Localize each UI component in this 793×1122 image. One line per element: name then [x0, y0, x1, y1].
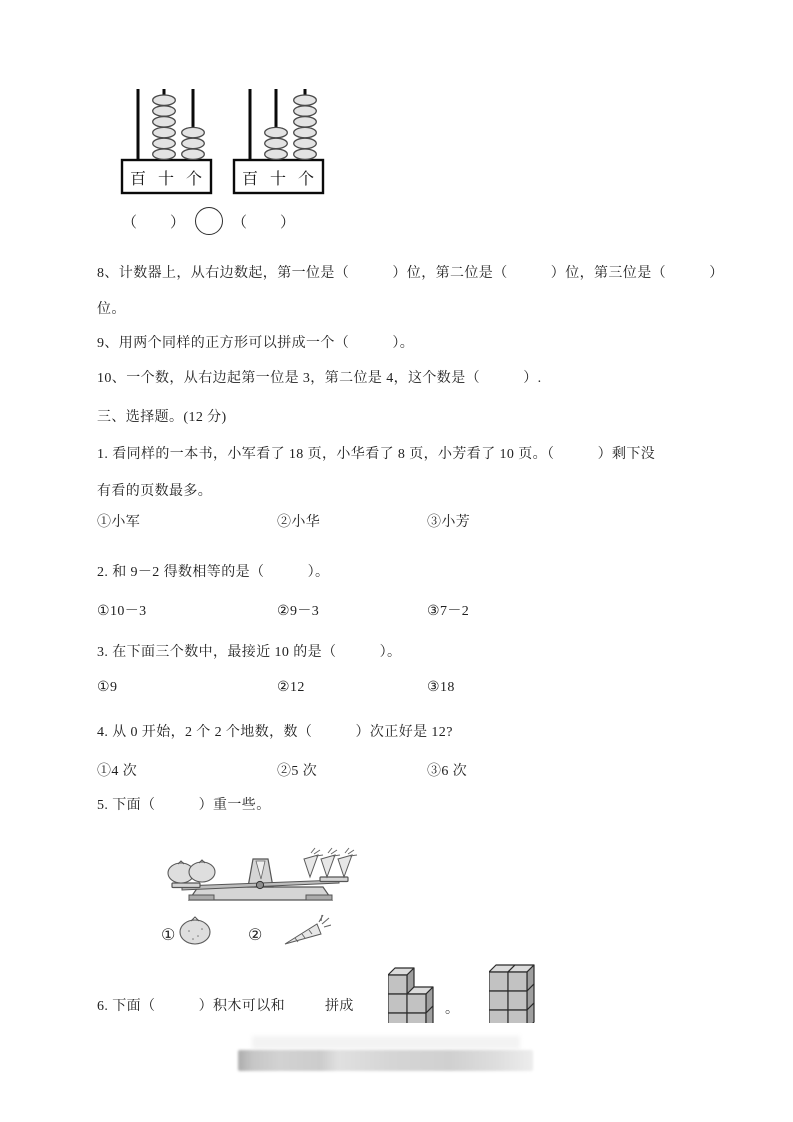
balance-option-2-label: ②: [248, 925, 262, 945]
question-4: 4. 从 0 开始，2 个 2 个地数，数（ ）次正好是 12?: [97, 723, 453, 743]
option-2: ②12: [277, 679, 305, 696]
cube-front-face: [388, 1013, 407, 1023]
scale-foot-left: [189, 895, 214, 900]
scale-pivot: [256, 881, 263, 888]
option-3: ③6 次: [427, 760, 467, 780]
abacus-bead: [153, 117, 176, 127]
tomato-option-figure: [176, 913, 214, 947]
question-9: 9、用两个同样的正方形可以拼成一个（ ）。: [97, 334, 414, 354]
abacus-bead: [182, 127, 205, 137]
option-1: ①小军: [97, 511, 140, 531]
carrot-icon: [285, 924, 321, 944]
question-6-text: 6. 下面（ ）积木可以和: [97, 997, 285, 1017]
question-5: 5. 下面（ ）重一些。: [97, 796, 271, 816]
abacus-bead: [153, 95, 176, 105]
cube-front-face: [407, 994, 426, 1013]
comparison-circle: [195, 207, 223, 235]
option-2: ②小华: [277, 511, 320, 531]
worksheet-page: 百 十 个 百 十 个 （ ） （ ） 8、计数器上，从右边数起，第一位是（ ）…: [0, 0, 793, 1122]
cube-front-face: [388, 975, 407, 994]
option-3: ③7－2: [427, 600, 469, 620]
question-8-line-1: 8、计数器上，从右边数起，第一位是（ ）位，第二位是（ ）位，第三位是（ ）: [97, 264, 724, 284]
abacus-bead: [265, 149, 288, 159]
cube-front-face: [489, 991, 508, 1010]
abacus-bead: [294, 117, 317, 127]
abacus-bead: [294, 138, 317, 148]
question-2: 2. 和 9－2 得数相等的是（ ）。: [97, 563, 329, 583]
l-block-figure: [388, 966, 446, 1023]
option-2: ②9－3: [277, 600, 319, 620]
comparison-left-blank: （ ）: [122, 211, 186, 232]
option-2: ②5 次: [277, 760, 317, 780]
rectangle-block-figure: [489, 963, 545, 1023]
tomato-stem: [191, 917, 199, 921]
question-3-options: ①9 ②12 ③18: [97, 679, 697, 701]
option-3: ③18: [427, 679, 455, 696]
abacus-label-ones: 个: [298, 170, 314, 188]
abacus-label-tens: 十: [270, 170, 286, 188]
question-6-period: 。: [445, 1000, 459, 1020]
cube-front-face: [388, 994, 407, 1013]
abacus-label-hundreds: 百: [130, 170, 146, 188]
scan-smudge: [238, 1050, 533, 1071]
abacus-bead: [294, 149, 317, 159]
question-10: 10、一个数，从右边起第一位是 3，第二位是 4，这个数是（ ）.: [97, 369, 542, 389]
question-3: 3. 在下面三个数中，最接近 10 的是（ ）。: [97, 643, 401, 663]
scale-foot-right: [306, 895, 332, 900]
question-1-options: ①小军 ②小华 ③小芳: [97, 511, 697, 533]
question-2-options: ①10－3 ②9－3 ③7－2: [97, 600, 697, 622]
abacus-bead: [153, 138, 176, 148]
option-1: ①4 次: [97, 760, 137, 780]
question-1-line-2: 有看的页数最多。: [97, 482, 212, 502]
option-1: ①10－3: [97, 600, 147, 620]
carrot-leaves: [319, 915, 331, 927]
cube-front-face: [489, 972, 508, 991]
abacus-bead: [182, 138, 205, 148]
carrot-icon: [304, 855, 318, 877]
comparison-right-blank: （ ）: [232, 211, 296, 232]
carrot-icon: [321, 855, 335, 877]
abacus-bead: [265, 127, 288, 137]
balance-option-1-label: ①: [161, 925, 175, 945]
abacus-bead: [182, 149, 205, 159]
question-8-line-2: 位。: [97, 300, 126, 320]
tomato-icon: [180, 920, 210, 944]
abacus-bead: [294, 95, 317, 105]
section-heading: 三、选择题。(12 分): [97, 408, 227, 428]
cube-front-face: [508, 972, 527, 991]
abacus-bead: [294, 127, 317, 137]
abacus-bead: [153, 149, 176, 159]
cube-front-face: [508, 991, 527, 1010]
abacus-bead: [265, 138, 288, 148]
cube-front-face: [407, 1013, 426, 1023]
abacus-bead: [153, 127, 176, 137]
abacus-label-tens: 十: [158, 170, 174, 188]
abacus-figure-left: 百 十 个: [119, 86, 214, 196]
cube-front-face: [508, 1010, 527, 1023]
option-1: ①9: [97, 679, 117, 696]
abacus-bead: [294, 106, 317, 116]
question-1-line-1: 1. 看同样的一本书，小军看了 18 页，小华看了 8 页，小芳看了 10 页。…: [97, 445, 655, 465]
abacus-figure-right: 百 十 个: [231, 86, 326, 196]
option-3: ③小芳: [427, 511, 470, 531]
scan-smudge-light: [252, 1036, 520, 1049]
tomato-icon: [189, 862, 215, 882]
carrot-option-figure: [283, 912, 331, 948]
question-6-join-text: 拼成: [325, 997, 354, 1017]
abacus-bead: [153, 106, 176, 116]
cube-front-face: [489, 1010, 508, 1023]
question-4-options: ①4 次 ②5 次 ③6 次: [97, 760, 697, 782]
abacus-label-ones: 个: [186, 170, 202, 188]
carrot-icon: [338, 855, 352, 877]
abacus-label-hundreds: 百: [242, 170, 258, 188]
scale-left-pan: [172, 883, 200, 888]
comparison-row: （ ） （ ）: [122, 207, 296, 235]
